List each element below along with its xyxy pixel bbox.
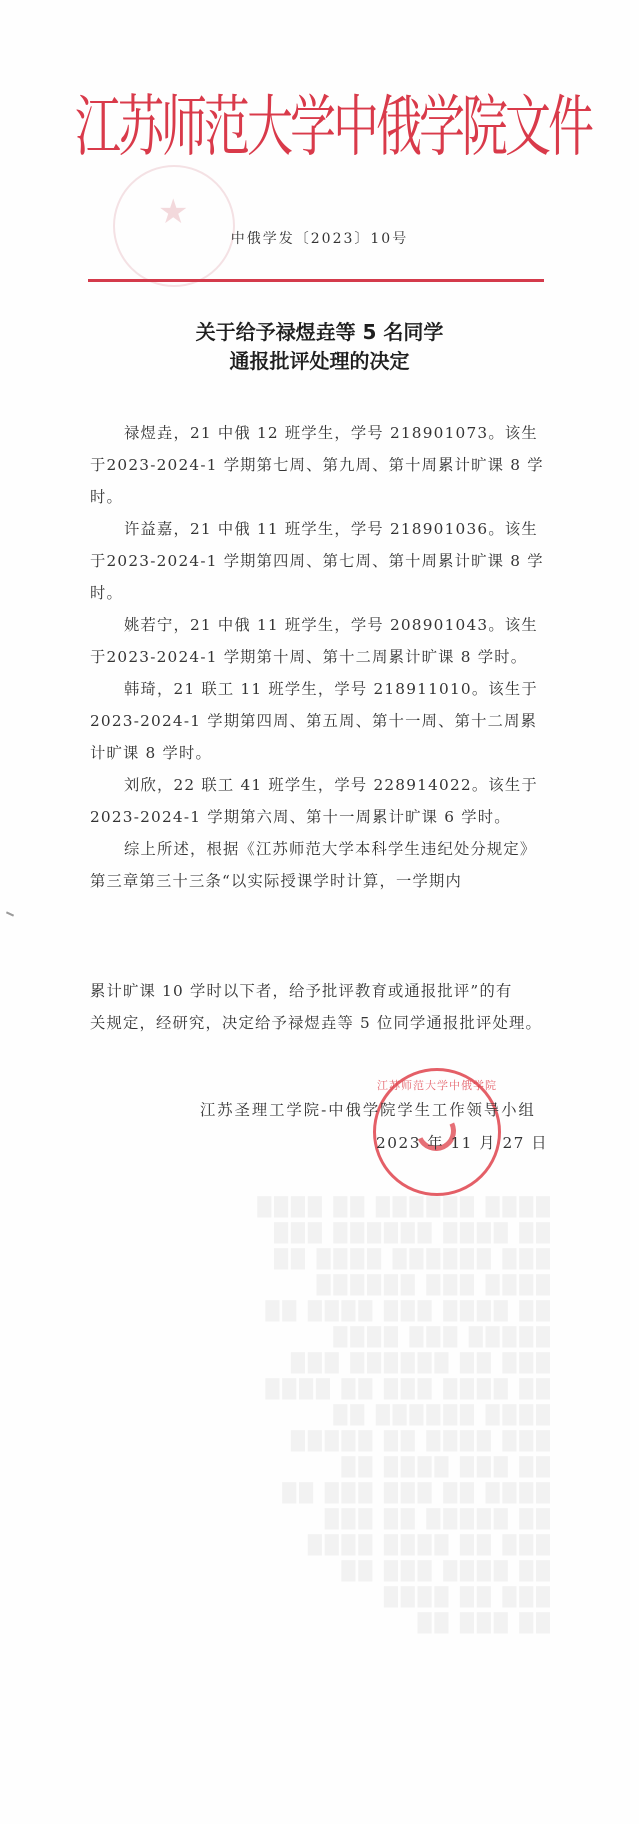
issuer-signature: 江苏圣理工学院-中俄学院学生工作领导小组 — [200, 1098, 560, 1120]
paragraph-student-3: 姚若宁，21 中俄 11 班学生，学号 208901043。该生于2023-20… — [90, 609, 548, 673]
continuation-line-2: 关规定，经研究，决定给予禄煜垚等 5 位同学通报批评处理。 — [90, 1007, 560, 1039]
document-body: 禄煜垚，21 中俄 12 班学生，学号 218901073。该生于2023-20… — [90, 417, 548, 897]
scan-artifact — [6, 911, 14, 916]
header-divider — [88, 279, 544, 282]
continuation-line-1: 累计旷课 10 学时以下者，给予批评教育或通报批评”的有 — [90, 975, 560, 1007]
star-icon: ★ — [158, 195, 188, 229]
document-header-title: 江苏师范大学中俄学院文件 — [75, 93, 565, 160]
reverse-side-show-through: ████ ██████ ██ ██████ ████ ██████ ██████… — [50, 1195, 550, 1655]
paragraph-student-2: 许益嘉，21 中俄 11 班学生，学号 218901036。该生于2023-20… — [90, 513, 548, 609]
document-page: ★ 江苏师范大学中俄学院文件 中俄学发〔2023〕10号 关于给予禄煜垚等 5 … — [0, 0, 639, 1824]
paragraph-conclusion: 综上所述，根据《江苏师范大学本科学生违纪处分规定》第三章第三十三条“以实际授课学… — [90, 833, 548, 897]
issue-date: 2023 年 11 月 27 日 — [376, 1131, 548, 1153]
title-line-2: 通报批评处理的决定 — [0, 347, 639, 376]
paragraph-student-5: 刘欣，22 联工 41 班学生，学号 228914022。该生于2023-202… — [90, 769, 548, 833]
seal-text: 江苏师范大学中俄学院 — [376, 1077, 498, 1093]
document-title: 关于给予禄煜垚等 5 名同学 通报批评处理的决定 — [0, 318, 639, 376]
paragraph-student-4: 韩琦，21 联工 11 班学生，学号 218911010。该生于2023-202… — [90, 673, 548, 769]
paragraph-student-1: 禄煜垚，21 中俄 12 班学生，学号 218901073。该生于2023-20… — [90, 417, 548, 513]
title-line-1: 关于给予禄煜垚等 5 名同学 — [0, 318, 639, 347]
faint-seal-stamp: ★ — [113, 165, 235, 287]
document-body-continuation: 累计旷课 10 学时以下者，给予批评教育或通报批评”的有 关规定，经研究，决定给… — [90, 975, 560, 1039]
document-number: 中俄学发〔2023〕10号 — [0, 228, 639, 248]
